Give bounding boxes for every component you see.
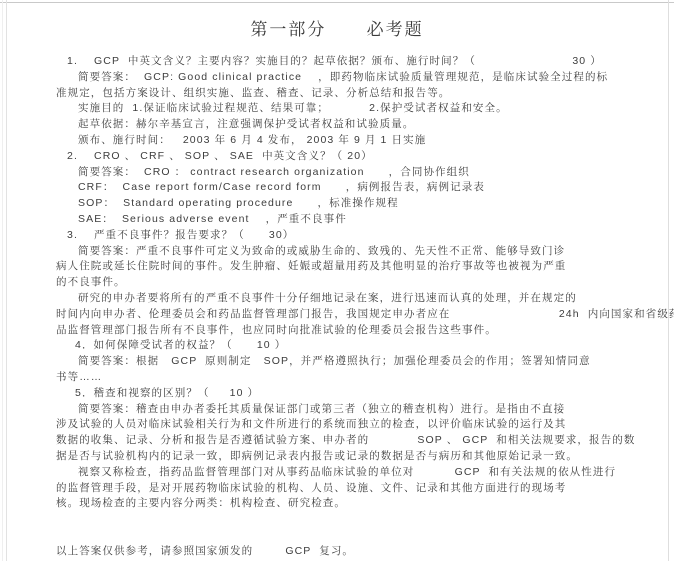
text-line — [56, 528, 622, 544]
document-body: 1. GCP 中英文含义？主要内容？实施目的？起草依据？颁布、施行时间？（ 30… — [56, 54, 622, 560]
text-line: 的不良事件。 — [56, 275, 622, 291]
page-edge-left-outer — [2, 0, 3, 561]
page-edge-right — [668, 0, 669, 561]
text-line: SAE： Serious adverse event ，严重不良事件 — [56, 212, 622, 228]
text-line: 病人住院或延长住院时间的事件。发生肿瘤、妊娠或超量用药及其他明显的治疗事故等也被… — [56, 259, 622, 275]
text-line: 以上答案仅供参考，请参照国家颁发的 GCP 复习。 — [56, 544, 622, 560]
page-edge-top — [0, 2, 674, 3]
text-line: 的监督管理手段，是对开展药物临床试验的机构、人员、设施、文件、记录和其他方面进行… — [56, 481, 622, 497]
text-line: 4．如何保障受试者的权益？（ 10 ） — [56, 338, 622, 354]
text-line: 简要答案：稽查由申办者委托其质量保证部门或第三者（独立的稽查机构）进行。是指由不… — [56, 402, 622, 418]
text-line: 研究的申办者要将所有的严重不良事件十分仔细地记录在案，进行迅速而认真的处理，并在… — [56, 291, 622, 307]
text-line: 简要答案：根据 GCP 原则制定 SOP，并严格遵照执行；加强伦理委员会的作用；… — [56, 354, 622, 370]
text-line: 书等…… — [56, 370, 622, 386]
text-line: CRF： Case report form/Case record form ，… — [56, 180, 622, 196]
text-line: 简要答案： CRO ： contract research organizati… — [56, 165, 622, 181]
text-line: 涉及试验的人员对临床试验相关行为和文件所进行的系统而独立的检查，以评价临床试验的… — [56, 417, 622, 433]
page-edge-left — [6, 0, 7, 561]
text-line: 据是否与试验机构内的记录一致，即病例记录表内报告或记录的数据是否与病历和其他原始… — [56, 449, 622, 465]
text-line: 3. 严重不良事件？报告要求？（ 30） — [56, 228, 622, 244]
text-line: 2. CRO 、 CRF 、 SOP 、 SAE 中英文含义？（ 20） — [56, 149, 622, 165]
text-line: SOP： Standard operating procedure ，标准操作规… — [56, 196, 622, 212]
text-line: 时间内向申办者、伦理委员会和药品监督管理部门报告，我国规定申办者应在 24h 内… — [56, 307, 622, 323]
text-line: 简要答案： GCP: Good clinical practice ，即药物临床… — [56, 70, 622, 86]
text-line: 核。现场检查的主要内容分两类：机构检查、研究检查。 — [56, 496, 622, 512]
text-line: 数据的收集、记录、分析和报告是否遵循试验方案、申办者的 SOP 、 GCP 和相… — [56, 433, 622, 449]
text-line: 品监督管理部门报告所有不良事件，也应同时向批准试验的伦理委员会报告这些事件。 — [56, 323, 622, 339]
text-line: 起草依据：赫尔辛基宣言，注意强调保护受试者权益和试验质量。 — [56, 117, 622, 133]
document-title: 第一部分 必考题 — [0, 15, 674, 40]
text-line: 简要答案：严重不良事件可定义为致命的或威胁生命的、致残的、先天性不正常、能够导致… — [56, 244, 622, 260]
text-line — [56, 512, 622, 528]
text-line: 视察又称检查，指药品监督管理部门对从事药品临床试验的单位对 GCP 和有关法规的… — [56, 465, 622, 481]
text-line: 颁布、施行时间： 2003 年 6 月 4 发布， 2003 年 9 月 1 日… — [56, 133, 622, 149]
text-line: 实施目的 1.保证临床试验过程规范、结果可靠； 2.保护受试者权益和安全。 — [56, 101, 622, 117]
text-line: 5．稽查和视察的区别？（ 10 ） — [56, 386, 622, 402]
text-line: 准规定，包括方案设计、组织实施、监查、稽查、记录、分析总结和报告等。 — [56, 86, 622, 102]
text-line: 1. GCP 中英文含义？主要内容？实施目的？起草依据？颁布、施行时间？（ 30… — [56, 54, 622, 70]
